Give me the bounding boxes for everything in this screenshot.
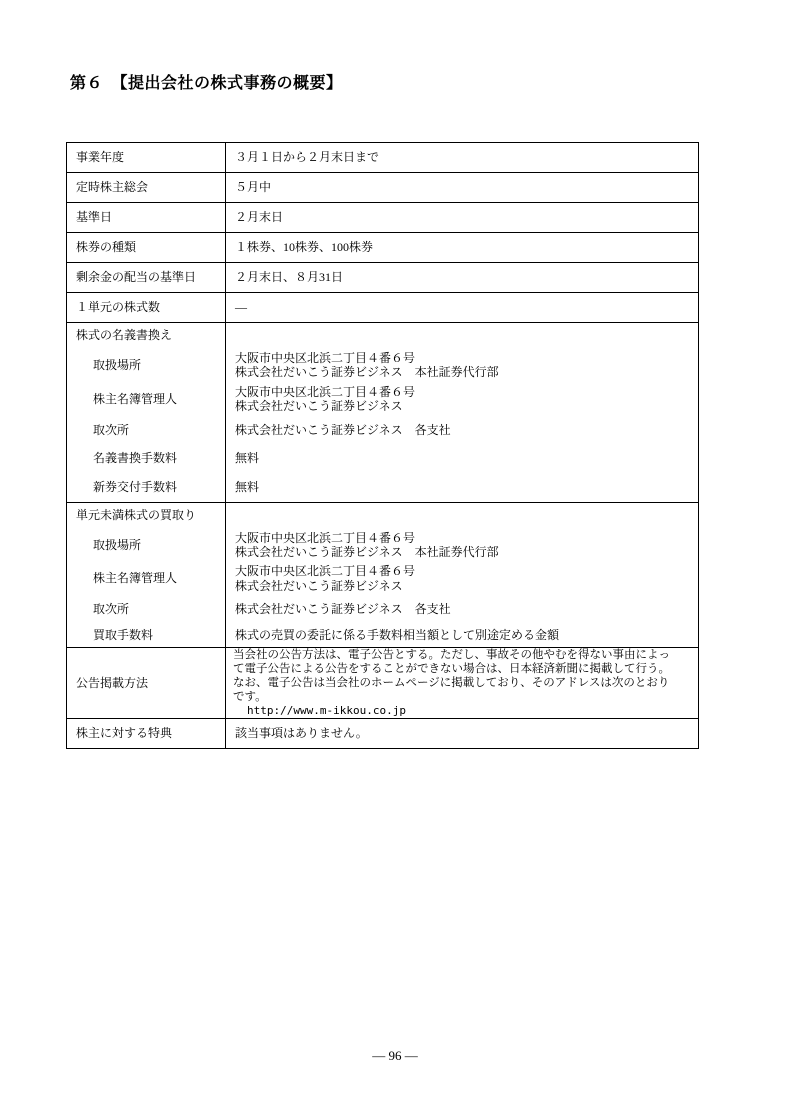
- subrow-value: 株式の売買の委託に係る手数料相当額として別途定める金額: [226, 623, 698, 647]
- row-share-certificate-types: 株券の種類 １株券、10株券、100株券: [67, 233, 698, 263]
- section-header-label: 株式の名義書換え: [67, 323, 226, 348]
- row-label: 剰余金の配当の基準日: [67, 263, 226, 292]
- subrow-label: 取次所: [67, 595, 226, 623]
- row-record-date: 基準日 ２月末日: [67, 203, 698, 233]
- notice-line: て電子公告による公告をすることができない場合は、日本経済新聞に掲載して行う。: [233, 662, 670, 676]
- subrow-agency-office: 取次所 株式会社だいこう証券ビジネス 各支社: [67, 416, 698, 444]
- subrow-label: 取扱場所: [67, 528, 226, 562]
- row-shareholder-benefits: 株主に対する特典 該当事項はありません。: [67, 719, 698, 748]
- row-value: 該当事項はありません。: [226, 719, 698, 748]
- subrow-value: 大阪市中央区北浜二丁目４番６号 株式会社だいこう証券ビジネス: [226, 562, 698, 595]
- subrow-value: 無料: [226, 473, 698, 502]
- subrow-value: 無料: [226, 444, 698, 473]
- row-value: ３月１日から２月末日まで: [226, 143, 698, 172]
- subrow-agency-office: 取次所 株式会社だいこう証券ビジネス 各支社: [67, 595, 698, 623]
- row-fiscal-year: 事業年度 ３月１日から２月末日まで: [67, 143, 698, 173]
- notice-line: です。: [233, 690, 267, 704]
- subrow-value: 大阪市中央区北浜二丁目４番６号 株式会社だいこう証券ビジネス 本社証券代行部: [226, 348, 698, 382]
- row-label: 定時株主総会: [67, 173, 226, 202]
- row-annual-meeting: 定時株主総会 ５月中: [67, 173, 698, 203]
- value-line: 株式会社だいこう証券ビジネス 本社証券代行部: [235, 365, 499, 380]
- value-line: 株式会社だいこう証券ビジネス 本社証券代行部: [235, 545, 499, 560]
- row-label: 事業年度: [67, 143, 226, 172]
- subrow-label: 取扱場所: [67, 348, 226, 382]
- row-share-unit-number: １単元の株式数 ―: [67, 293, 698, 323]
- subrow-value: 大阪市中央区北浜二丁目４番６号 株式会社だいこう証券ビジネス 本社証券代行部: [226, 528, 698, 562]
- section-header-value: [226, 503, 698, 528]
- value-line: 株式会社だいこう証券ビジネス: [235, 399, 403, 414]
- section-header-value: [226, 323, 698, 348]
- row-label: 株主に対する特典: [67, 719, 226, 748]
- share-administration-table: 事業年度 ３月１日から２月末日まで 定時株主総会 ５月中 基準日 ２月末日 株券…: [66, 142, 699, 749]
- subrow-label: 新券交付手数料: [67, 473, 226, 502]
- value-line: 大阪市中央区北浜二丁目４番６号: [235, 531, 415, 546]
- subrow-value: 大阪市中央区北浜二丁目４番６号 株式会社だいこう証券ビジネス: [226, 382, 698, 416]
- row-dividend-record-date: 剰余金の配当の基準日 ２月末日、８月31日: [67, 263, 698, 293]
- document-page: 第６ 【提出会社の株式事務の概要】 事業年度 ３月１日から２月末日まで 定時株主…: [0, 0, 790, 1118]
- subrow-register-administrator: 株主名簿管理人 大阪市中央区北浜二丁目４番６号 株式会社だいこう証券ビジネス: [67, 562, 698, 595]
- subrow-purchase-fee: 買取手数料 株式の売買の委託に係る手数料相当額として別途定める金額: [67, 623, 698, 647]
- section-header-label: 単元未満株式の買取り: [67, 503, 226, 528]
- row-label: 基準日: [67, 203, 226, 232]
- row-value: 当会社の公告方法は、電子公告とする。ただし、事故その他やむを得ない事由によっ て…: [226, 648, 698, 718]
- subrow-handling-office: 取扱場所 大阪市中央区北浜二丁目４番６号 株式会社だいこう証券ビジネス 本社証券…: [67, 348, 698, 382]
- subrow-value: 株式会社だいこう証券ビジネス 各支社: [226, 416, 698, 444]
- row-value: ―: [226, 293, 698, 322]
- row-value: ５月中: [226, 173, 698, 202]
- notice-line: 当会社の公告方法は、電子公告とする。ただし、事故その他やむを得ない事由によっ: [233, 648, 670, 662]
- row-value: ２月末日、８月31日: [226, 263, 698, 292]
- value-line: 大阪市中央区北浜二丁目４番６号: [235, 564, 415, 579]
- value-line: 大阪市中央区北浜二丁目４番６号: [235, 385, 415, 400]
- row-label: １単元の株式数: [67, 293, 226, 322]
- notice-url: http://www.m-ikkou.co.jp: [233, 704, 406, 718]
- subrow-label: 買取手数料: [67, 623, 226, 647]
- subrow-label: 名義書換手数料: [67, 444, 226, 473]
- section-name-transfer: 株式の名義書換え 取扱場所 大阪市中央区北浜二丁目４番６号 株式会社だいこう証券…: [67, 323, 698, 503]
- page-title: 第６ 【提出会社の株式事務の概要】: [70, 70, 343, 93]
- value-line: 大阪市中央区北浜二丁目４番６号: [235, 351, 415, 366]
- subrow-new-certificate-fee: 新券交付手数料 無料: [67, 473, 698, 502]
- row-value: １株券、10株券、100株券: [226, 233, 698, 262]
- notice-line: なお、電子公告は当会社のホームページに掲載しており、そのアドレスは次のとおり: [233, 676, 669, 690]
- subrow-transfer-fee: 名義書換手数料 無料: [67, 444, 698, 473]
- section-header-row: 株式の名義書換え: [67, 323, 698, 348]
- subrow-register-administrator: 株主名簿管理人 大阪市中央区北浜二丁目４番６号 株式会社だいこう証券ビジネス: [67, 382, 698, 416]
- subrow-label: 株主名簿管理人: [67, 562, 226, 595]
- row-value: ２月末日: [226, 203, 698, 232]
- row-label: 公告掲載方法: [67, 648, 226, 718]
- subrow-handling-office: 取扱場所 大阪市中央区北浜二丁目４番６号 株式会社だいこう証券ビジネス 本社証券…: [67, 528, 698, 562]
- section-odd-lot-purchase: 単元未満株式の買取り 取扱場所 大阪市中央区北浜二丁目４番６号 株式会社だいこう…: [67, 503, 698, 648]
- section-header-row: 単元未満株式の買取り: [67, 503, 698, 528]
- row-public-notice-method: 公告掲載方法 当会社の公告方法は、電子公告とする。ただし、事故その他やむを得ない…: [67, 648, 698, 719]
- subrow-label: 取次所: [67, 416, 226, 444]
- subrow-label: 株主名簿管理人: [67, 382, 226, 416]
- subrow-value: 株式会社だいこう証券ビジネス 各支社: [226, 595, 698, 623]
- page-number: ― 96 ―: [0, 1048, 790, 1064]
- value-line: 株式会社だいこう証券ビジネス: [235, 579, 403, 594]
- row-label: 株券の種類: [67, 233, 226, 262]
